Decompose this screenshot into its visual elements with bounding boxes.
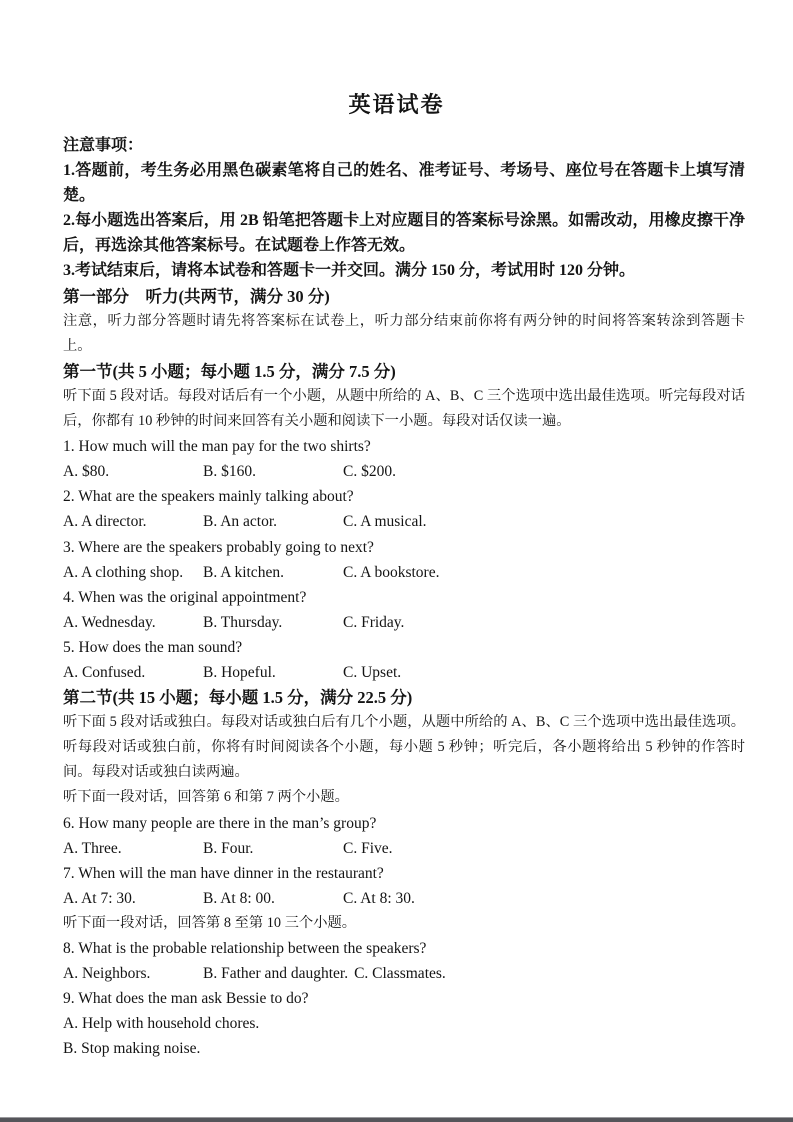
page-bottom-edge (0, 1117, 793, 1122)
question-3-options: A. A clothing shop. B. A kitchen. C. A b… (63, 560, 745, 585)
option-c: C. A musical. (343, 509, 483, 534)
question-2-text: 2. What are the speakers mainly talking … (63, 484, 745, 509)
option-a: A. A director. (63, 509, 203, 534)
question-3-text: 3. Where are the speakers probably going… (63, 535, 745, 560)
option-b: B. A kitchen. (203, 560, 343, 585)
option-b: B. Hopeful. (203, 660, 343, 685)
question-2-options: A. A director. B. An actor. C. A musical… (63, 509, 745, 534)
question-6-options: A. Three. B. Four. C. Five. (63, 836, 745, 861)
listening-transfer-note: 注意，听力部分答题时请先将答案标在试卷上，听力部分结束前你将有两分钟的时间将答案… (63, 309, 745, 359)
section1-instructions: 听下面 5 段对话。每段对话后有一个小题，从题中所给的 A、B、C 三个选项中选… (63, 384, 745, 434)
option-b: B. Four. (203, 836, 343, 861)
document-body: 注意事项： 1.答题前，考生务必用黑色碳素笔将自己的姓名、准考证号、考场号、座位… (63, 133, 745, 1061)
option-c: C. $200. (343, 459, 483, 484)
option-b: B. Thursday. (203, 610, 343, 635)
question-6-text: 6. How many people are there in the man’… (63, 811, 745, 836)
option-b: B. An actor. (203, 509, 343, 534)
option-a: A. Neighbors. (63, 961, 203, 986)
option-c: C. A bookstore. (343, 560, 483, 585)
question-5-options: A. Confused. B. Hopeful. C. Upset. (63, 660, 745, 685)
question-8-options: A. Neighbors. B. Father and daughter. C.… (63, 961, 745, 986)
dialogue-note-2: 听下面一段对话，回答第 8 至第 10 三个小题。 (63, 911, 745, 936)
question-8-text: 8. What is the probable relationship bet… (63, 936, 745, 961)
exam-paper-page: 英语试卷 注意事项： 1.答题前，考生务必用黑色碳素笔将自己的姓名、准考证号、考… (0, 0, 793, 1122)
question-7-options: A. At 7: 30. B. At 8: 00. C. At 8: 30. (63, 886, 745, 911)
option-c: C. Friday. (343, 610, 483, 635)
option-b: B. At 8: 00. (203, 886, 343, 911)
section1-heading: 第一节(共 5 小题；每小题 1.5 分，满分 7.5 分) (63, 359, 745, 384)
option-c: C. At 8: 30. (343, 886, 483, 911)
question-1-options: A. $80. B. $160. C. $200. (63, 459, 745, 484)
option-a: A. Confused. (63, 660, 203, 685)
option-a: A. Three. (63, 836, 203, 861)
question-9-text: 9. What does the man ask Bessie to do? (63, 986, 745, 1011)
dialogue-note-1: 听下面一段对话，回答第 6 和第 7 两个小题。 (63, 785, 745, 810)
option-c: C. Five. (343, 836, 483, 861)
question-4-options: A. Wednesday. B. Thursday. C. Friday. (63, 610, 745, 635)
option-b: B. Father and daughter. (203, 961, 354, 986)
question-5-text: 5. How does the man sound? (63, 635, 745, 660)
section2-heading: 第二节(共 15 小题；每小题 1.5 分，满分 22.5 分) (63, 685, 745, 710)
exam-title: 英语试卷 (0, 90, 793, 120)
option-a: A. At 7: 30. (63, 886, 203, 911)
option-a: A. A clothing shop. (63, 560, 203, 585)
option-c: C. Upset. (343, 660, 483, 685)
notice-item-1: 1.答题前，考生务必用黑色碳素笔将自己的姓名、准考证号、考场号、座位号在答题卡上… (63, 158, 745, 208)
section2-instructions: 听下面 5 段对话或独白。每段对话或独白后有几个小题，从题中所给的 A、B、C … (63, 710, 745, 785)
part1-heading: 第一部分 听力(共两节，满分 30 分) (63, 284, 745, 309)
question-1-text: 1. How much will the man pay for the two… (63, 434, 745, 459)
option-a: A. Wednesday. (63, 610, 203, 635)
option-a: A. Help with household chores. (63, 1011, 745, 1036)
option-b: B. $160. (203, 459, 343, 484)
option-b: B. Stop making noise. (63, 1036, 745, 1061)
question-4-text: 4. When was the original appointment? (63, 585, 745, 610)
notice-item-3: 3.考试结束后，请将本试卷和答题卡一并交回。满分 150 分，考试用时 120 … (63, 258, 745, 283)
notice-heading: 注意事项： (63, 133, 745, 158)
option-c: C. Classmates. (354, 961, 494, 986)
notice-item-2: 2.每小题选出答案后，用 2B 铅笔把答题卡上对应题目的答案标号涂黑。如需改动，… (63, 208, 745, 258)
question-9-options: A. Help with household chores. B. Stop m… (63, 1011, 745, 1061)
option-a: A. $80. (63, 459, 203, 484)
question-7-text: 7. When will the man have dinner in the … (63, 861, 745, 886)
